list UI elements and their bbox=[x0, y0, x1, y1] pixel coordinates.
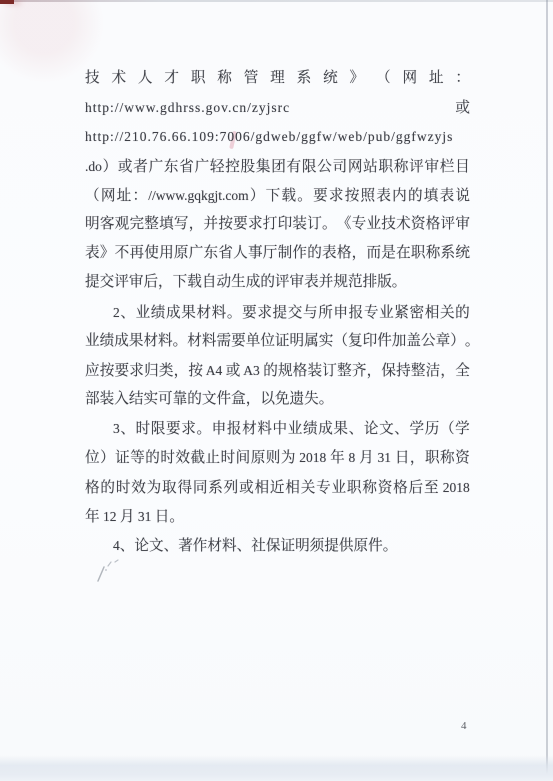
cjk-character: 密 bbox=[410, 299, 425, 328]
cjk-character: 求 bbox=[181, 415, 196, 444]
cjk-character: 称 bbox=[440, 444, 455, 473]
cjk-character: 以 bbox=[260, 385, 275, 414]
cjk-character: 址 bbox=[117, 182, 132, 211]
cjk-character: ， bbox=[189, 210, 204, 239]
cjk-character: 再 bbox=[129, 239, 144, 268]
scanned-document-page: 技术人才职称管理系统》（网址：http://www.gdhrss.gov.cn/… bbox=[0, 0, 553, 781]
latin-text-segment: 31 bbox=[134, 502, 154, 531]
cjk-character: 省 bbox=[179, 153, 194, 182]
cjk-character: 职 bbox=[347, 474, 362, 503]
cjk-character: 保 bbox=[381, 357, 396, 386]
scan-bottom-band bbox=[0, 755, 553, 781]
cjk-character: 关 bbox=[301, 474, 316, 503]
document-line: http://210.76.66.109:7006/gdweb/ggfw/web… bbox=[85, 122, 470, 151]
cjk-character: 。 bbox=[392, 268, 407, 297]
cjk-character: 下 bbox=[173, 268, 188, 297]
cjk-character: 广 bbox=[189, 239, 204, 268]
cjk-character: 报 bbox=[227, 415, 242, 444]
cjk-character: 。 bbox=[465, 327, 480, 356]
cjk-character: 章 bbox=[436, 327, 451, 356]
cjk-character: 范 bbox=[348, 268, 363, 297]
cjk-character: 成 bbox=[166, 299, 181, 328]
cjk-character: （ bbox=[376, 64, 391, 93]
cjk-character: 。 bbox=[319, 385, 334, 414]
cjk-character: 需 bbox=[216, 327, 231, 356]
cjk-character: 有 bbox=[287, 153, 302, 182]
cjk-character: 表 bbox=[440, 182, 455, 211]
document-line: 位）证等的时效截止时间原则为 2018 年 8 月 31 日，职称资 bbox=[85, 443, 470, 472]
cjk-character: 站 bbox=[363, 153, 378, 182]
document-line: 应按要求归类，按 A4 或 A3 的规格装订整齐，保持整洁，全 bbox=[85, 356, 470, 385]
cjk-character: 紧 bbox=[394, 299, 409, 328]
cjk-character: 按 bbox=[345, 182, 360, 211]
cjk-character: 事 bbox=[248, 239, 263, 268]
cjk-character: 的 bbox=[260, 268, 275, 297]
cjk-character: 月 bbox=[120, 503, 135, 532]
cjk-character: ， bbox=[174, 357, 189, 386]
cjk-character: 填 bbox=[159, 210, 174, 239]
cjk-character: 取 bbox=[162, 474, 177, 503]
cjk-character: 址 bbox=[429, 64, 444, 93]
cjk-character: 填 bbox=[424, 182, 439, 211]
cjk-character: 求 bbox=[248, 210, 263, 239]
cjk-character: 评 bbox=[409, 153, 424, 182]
cjk-character: 绩 bbox=[100, 327, 115, 356]
cjk-character: 保 bbox=[266, 532, 281, 561]
cjk-character: 件 bbox=[377, 327, 392, 356]
cjk-character: 并 bbox=[204, 210, 219, 239]
cjk-character: 后 bbox=[143, 268, 158, 297]
cjk-character: 料 bbox=[222, 532, 237, 561]
cjk-character: 评 bbox=[114, 268, 129, 297]
cjk-character: 审 bbox=[424, 153, 439, 182]
cjk-character: ） bbox=[103, 153, 118, 182]
cjk-character: 盖 bbox=[406, 327, 421, 356]
cjk-character: 职 bbox=[425, 444, 440, 473]
cjk-character: 所 bbox=[318, 299, 333, 328]
cjk-character: 资 bbox=[378, 474, 393, 503]
cjk-character: 证 bbox=[275, 327, 290, 356]
cjk-character: 提 bbox=[85, 268, 100, 297]
cjk-character: 文 bbox=[379, 415, 394, 444]
document-line: 2、业绩成果材料。要求提交与所申报专业紧密相关的 bbox=[85, 298, 470, 327]
cjk-character: 时 bbox=[136, 415, 151, 444]
cjk-character: 管 bbox=[244, 64, 259, 93]
cjk-character: 的 bbox=[263, 357, 278, 386]
cjk-character: 的 bbox=[100, 474, 115, 503]
cjk-character: 审 bbox=[129, 268, 144, 297]
latin-text-segment: 2018 bbox=[439, 473, 469, 502]
cjk-character: 公 bbox=[317, 153, 332, 182]
cjk-character: 装 bbox=[100, 385, 115, 414]
cjk-character: 求 bbox=[129, 357, 144, 386]
cjk-character: 。 bbox=[383, 532, 398, 561]
document-line: .do）或者广东省广轻控股集团有限公司网站职称评审栏目 bbox=[85, 152, 470, 181]
cjk-character: 或 bbox=[118, 153, 133, 182]
cjk-character: 司 bbox=[333, 153, 348, 182]
cjk-character: ） bbox=[250, 182, 265, 211]
latin-text-segment: //www.gqkgjt.com bbox=[148, 181, 248, 210]
cjk-character: 系 bbox=[441, 239, 456, 268]
cjk-character: 要 bbox=[231, 327, 246, 356]
cjk-character: 职 bbox=[411, 239, 426, 268]
cjk-character: 日 bbox=[395, 444, 410, 473]
cjk-character: 、 bbox=[394, 415, 409, 444]
cjk-character: ， bbox=[158, 268, 173, 297]
cjk-character: 要 bbox=[313, 182, 328, 211]
cjk-character: 用 bbox=[159, 239, 174, 268]
cjk-character: 年 bbox=[330, 444, 345, 473]
cjk-character: 订 bbox=[307, 210, 322, 239]
cjk-character: 专 bbox=[364, 299, 379, 328]
cjk-character: 时 bbox=[116, 474, 131, 503]
cjk-character: 果 bbox=[129, 327, 144, 356]
latin-text-segment: http://www.gdhrss.gov.cn/zyjsrc bbox=[85, 93, 294, 122]
cjk-character: 成 bbox=[246, 268, 261, 297]
document-line: 业绩成果材料。材料需要单位证明属实（复印件加盖公章）。 bbox=[85, 327, 470, 356]
cjk-character: 相 bbox=[254, 474, 269, 503]
document-line: 4、论文、著作材料、社保证明须提供原件。 bbox=[85, 531, 470, 560]
cjk-character: ， bbox=[367, 357, 382, 386]
cjk-character: 持 bbox=[396, 357, 411, 386]
cjk-character: 客 bbox=[100, 210, 115, 239]
latin-text-segment: 3 bbox=[113, 414, 120, 443]
cjk-character: 按 bbox=[218, 210, 233, 239]
cjk-character: 制 bbox=[278, 239, 293, 268]
scan-top-edge bbox=[0, 0, 553, 2]
cjk-character: 生 bbox=[231, 268, 246, 297]
cjk-character: 至 bbox=[424, 474, 439, 503]
cjk-character: 省 bbox=[218, 239, 233, 268]
cjk-character: ： bbox=[132, 182, 147, 211]
cjk-character: 得 bbox=[177, 474, 192, 503]
cjk-character: 须 bbox=[310, 532, 325, 561]
cjk-character: 盒 bbox=[231, 385, 246, 414]
cjk-character: 求 bbox=[329, 182, 344, 211]
cjk-character: 装 bbox=[308, 357, 323, 386]
cjk-character: 照 bbox=[361, 182, 376, 211]
cjk-character: ） bbox=[100, 444, 115, 473]
cjk-character: 动 bbox=[216, 268, 231, 297]
cjk-character: 相 bbox=[425, 299, 440, 328]
cjk-character: 件 bbox=[216, 385, 231, 414]
cjk-character: 印 bbox=[278, 210, 293, 239]
cjk-character: 目 bbox=[455, 153, 470, 182]
cjk-character: 止 bbox=[206, 444, 221, 473]
cjk-character: 广 bbox=[195, 153, 210, 182]
cjk-character: 近 bbox=[270, 474, 285, 503]
cjk-character: 后 bbox=[409, 474, 424, 503]
cjk-character: 审 bbox=[290, 268, 305, 297]
cjk-character: 的 bbox=[187, 385, 202, 414]
cjk-character: 为 bbox=[147, 474, 162, 503]
cjk-character: 。 bbox=[169, 503, 184, 532]
cjk-character: 入 bbox=[114, 385, 129, 414]
cjk-character: 专 bbox=[316, 474, 331, 503]
latin-text-segment: 8 bbox=[345, 443, 359, 472]
cjk-character: 系 bbox=[297, 64, 312, 93]
cjk-character: 果 bbox=[181, 299, 196, 328]
cjk-character: 文 bbox=[202, 385, 217, 414]
cjk-character: 文 bbox=[149, 532, 164, 561]
cjk-character: 果 bbox=[333, 415, 348, 444]
cjk-character: 者 bbox=[133, 153, 148, 182]
cjk-character: 作 bbox=[292, 239, 307, 268]
cjk-character: 业 bbox=[332, 474, 347, 503]
latin-text-segment: 2018 bbox=[296, 443, 330, 472]
cjk-character: 印 bbox=[363, 327, 378, 356]
cjk-character: 《 bbox=[337, 210, 352, 239]
cjk-character: 时 bbox=[221, 444, 236, 473]
cjk-character: 说 bbox=[455, 182, 470, 211]
document-line: http://www.gdhrss.gov.cn/zyjsrc 或 bbox=[85, 93, 470, 122]
cjk-character: 广 bbox=[149, 153, 164, 182]
cjk-character: 技 bbox=[85, 64, 100, 93]
latin-text-segment: .do bbox=[85, 152, 102, 181]
latin-text-segment: A3 bbox=[241, 356, 264, 385]
cjk-character: 提 bbox=[324, 532, 339, 561]
cjk-character: 统 bbox=[323, 64, 338, 93]
cjk-character: 限 bbox=[151, 415, 166, 444]
cjk-character: 的 bbox=[145, 444, 160, 473]
cjk-character: 规 bbox=[278, 357, 293, 386]
cjk-character: 材 bbox=[143, 327, 158, 356]
cjk-character: ， bbox=[410, 444, 425, 473]
cjk-character: 并 bbox=[319, 268, 334, 297]
cjk-character: 间 bbox=[236, 444, 251, 473]
cjk-character: 证 bbox=[115, 444, 130, 473]
cjk-character: 料 bbox=[158, 327, 173, 356]
cjk-character: 表 bbox=[322, 239, 337, 268]
cjk-character: 的 bbox=[408, 182, 423, 211]
cjk-character: 类 bbox=[159, 357, 174, 386]
cjk-character: 洁 bbox=[426, 357, 441, 386]
cjk-character: 效 bbox=[175, 444, 190, 473]
cjk-character: 相 bbox=[285, 474, 300, 503]
cjk-character: 。 bbox=[322, 210, 337, 239]
cjk-character: 与 bbox=[303, 299, 318, 328]
cjk-character: 载 bbox=[187, 268, 202, 297]
cjk-character: 申 bbox=[333, 299, 348, 328]
cjk-character: 自 bbox=[202, 268, 217, 297]
cjk-character: ， bbox=[352, 239, 367, 268]
cjk-character: 是 bbox=[381, 239, 396, 268]
cjk-character: 全 bbox=[455, 357, 470, 386]
latin-text-segment: http://210.76.66.109:7006/gdweb/ggfw/web… bbox=[85, 122, 453, 151]
cjk-character: 股 bbox=[241, 153, 256, 182]
cjk-character: 同 bbox=[193, 474, 208, 503]
cjk-character: 则 bbox=[266, 444, 281, 473]
cjk-character: 社 bbox=[251, 532, 266, 561]
cjk-character: 格 bbox=[293, 357, 308, 386]
cjk-character: 要 bbox=[233, 210, 248, 239]
cjk-character: 年 bbox=[85, 503, 100, 532]
cjk-character: 归 bbox=[144, 357, 159, 386]
cjk-character: 。 bbox=[196, 415, 211, 444]
cjk-character: 称 bbox=[217, 64, 232, 93]
document-line: 3、时限要求。申报材料中业绩成果、论文、学历（学 bbox=[85, 414, 470, 443]
cjk-character: 业 bbox=[366, 210, 381, 239]
cjk-character: 件 bbox=[368, 532, 383, 561]
cjk-character: 提 bbox=[273, 299, 288, 328]
cjk-character: 日 bbox=[155, 503, 170, 532]
cjk-character: 技 bbox=[381, 210, 396, 239]
cjk-character: 网 bbox=[101, 182, 116, 211]
cjk-character: 齐 bbox=[352, 357, 367, 386]
cjk-character: 、 bbox=[120, 415, 135, 444]
document-line: （网址：//www.gqkgjt.com）下载。要求按照表内的填表说 bbox=[85, 181, 470, 210]
cjk-character: 交 bbox=[100, 268, 115, 297]
cjk-character: 料 bbox=[202, 327, 217, 356]
cjk-character: 网 bbox=[348, 153, 363, 182]
cjk-character: 观 bbox=[115, 210, 130, 239]
cjk-character: 求 bbox=[257, 299, 272, 328]
pencil-squiggle-icon bbox=[92, 554, 132, 584]
cjk-character: 网 bbox=[402, 64, 417, 93]
cjk-character: 人 bbox=[233, 239, 248, 268]
cjk-character: 系 bbox=[208, 474, 223, 503]
cjk-character: 料 bbox=[257, 415, 272, 444]
cjk-character: 著 bbox=[178, 532, 193, 561]
cjk-character: 装 bbox=[292, 210, 307, 239]
document-line: 提交评审后，下载自动生成的评审表并规范排版。 bbox=[85, 268, 470, 297]
cjk-character: 料 bbox=[212, 299, 227, 328]
cjk-character: 术 bbox=[396, 210, 411, 239]
cjk-character: 学 bbox=[455, 415, 470, 444]
cjk-character: 或 bbox=[239, 474, 254, 503]
cjk-character: 实 bbox=[143, 385, 158, 414]
cjk-character: 内 bbox=[392, 182, 407, 211]
cjk-character: 原 bbox=[251, 444, 266, 473]
cjk-character: 原 bbox=[174, 239, 189, 268]
cjk-character: 或 bbox=[226, 357, 241, 386]
cjk-character: ） bbox=[450, 327, 465, 356]
cjk-character: 位 bbox=[260, 327, 275, 356]
cjk-character: 》 bbox=[350, 64, 365, 93]
cjk-character: 申 bbox=[212, 415, 227, 444]
cjk-character: 材 bbox=[207, 532, 222, 561]
cjk-character: 明 bbox=[85, 210, 100, 239]
cjk-character: 格 bbox=[337, 239, 352, 268]
cjk-character: 失 bbox=[304, 385, 319, 414]
cjk-character: ： bbox=[455, 64, 470, 93]
cjk-character: 在 bbox=[396, 239, 411, 268]
cjk-character: 可 bbox=[158, 385, 173, 414]
cjk-character: 实 bbox=[319, 327, 334, 356]
cjk-character: 论 bbox=[134, 532, 149, 561]
scan-corner-mark bbox=[0, 0, 14, 4]
cjk-character: 截 bbox=[190, 444, 205, 473]
latin-text-segment: A4 bbox=[203, 356, 226, 385]
cjk-character: 成 bbox=[318, 415, 333, 444]
cjk-character: 格 bbox=[393, 474, 408, 503]
cjk-character: 等 bbox=[130, 444, 145, 473]
cjk-character: 原 bbox=[354, 532, 369, 561]
cjk-character: 表 bbox=[376, 182, 391, 211]
cjk-character: 职 bbox=[379, 153, 394, 182]
document-line: 表》不再使用原广东省人事厅制作的表格，而是在职称系统 bbox=[85, 239, 470, 268]
cjk-character: 应 bbox=[85, 357, 100, 386]
cjk-character: 结 bbox=[129, 385, 144, 414]
cjk-character: 效 bbox=[131, 474, 146, 503]
cjk-character: 报 bbox=[349, 299, 364, 328]
cjk-character: （ bbox=[333, 327, 348, 356]
cjk-character: 团 bbox=[271, 153, 286, 182]
cjk-character: 关 bbox=[440, 299, 455, 328]
cjk-character: 栏 bbox=[440, 153, 455, 182]
cjk-character: 格 bbox=[426, 210, 441, 239]
cjk-character: 靠 bbox=[173, 385, 188, 414]
cjk-character: 中 bbox=[273, 415, 288, 444]
cjk-character: 免 bbox=[275, 385, 290, 414]
cjk-character: （ bbox=[440, 415, 455, 444]
cjk-character: 东 bbox=[164, 153, 179, 182]
cjk-character: 。 bbox=[297, 182, 312, 211]
cjk-character: ， bbox=[440, 357, 455, 386]
cjk-character: 评 bbox=[441, 210, 456, 239]
cjk-character: 资 bbox=[411, 210, 426, 239]
cjk-character: 按 bbox=[188, 357, 203, 386]
cjk-character: 材 bbox=[196, 299, 211, 328]
cjk-character: 供 bbox=[339, 532, 354, 561]
document-line: 部装入结实可靠的文件盒，以免遗失。 bbox=[85, 385, 470, 414]
cjk-character: 论 bbox=[364, 415, 379, 444]
cjk-character: 不 bbox=[115, 239, 130, 268]
cjk-character: 部 bbox=[85, 385, 100, 414]
cjk-character: 集 bbox=[256, 153, 271, 182]
cjk-character: 要 bbox=[166, 415, 181, 444]
cjk-character: 公 bbox=[421, 327, 436, 356]
cjk-character: 载 bbox=[281, 182, 296, 211]
page-number: 4 bbox=[461, 719, 467, 733]
cjk-character: 写 bbox=[174, 210, 189, 239]
cjk-character: 交 bbox=[288, 299, 303, 328]
cjk-character: 称 bbox=[362, 474, 377, 503]
cjk-character: 要 bbox=[242, 299, 257, 328]
cjk-character: 作 bbox=[193, 532, 208, 561]
cjk-character: （ bbox=[85, 182, 100, 211]
cjk-character: 排 bbox=[363, 268, 378, 297]
cjk-character: 单 bbox=[246, 327, 261, 356]
document-line: 格的时效为取得同系列或相近相关专业职称资格后至 2018 bbox=[85, 473, 470, 502]
cjk-character: 人 bbox=[138, 64, 153, 93]
cjk-character: 的 bbox=[455, 299, 470, 328]
document-line: 明客观完整填写，并按要求打印装订。《专业技术资格评审 bbox=[85, 210, 470, 239]
cjk-character: 版 bbox=[377, 268, 392, 297]
cjk-character: 业 bbox=[136, 299, 151, 328]
cjk-character: 属 bbox=[304, 327, 319, 356]
cjk-character: 。 bbox=[227, 299, 242, 328]
document-line: 年 12 月 31 日。 bbox=[85, 502, 470, 531]
cjk-character: 完 bbox=[129, 210, 144, 239]
cjk-character: 明 bbox=[295, 532, 310, 561]
document-text: 技术人才职称管理系统》（网址：http://www.gdhrss.gov.cn/… bbox=[85, 64, 470, 560]
cjk-character: 时 bbox=[160, 444, 175, 473]
cjk-character: 成 bbox=[114, 327, 129, 356]
cjk-character: 位 bbox=[85, 444, 100, 473]
cjk-character: 称 bbox=[426, 239, 441, 268]
cjk-character: 列 bbox=[224, 474, 239, 503]
cjk-character: 绩 bbox=[151, 299, 166, 328]
cjk-character: 的 bbox=[307, 239, 322, 268]
cjk-character: 、 bbox=[237, 532, 252, 561]
cjk-character: 而 bbox=[366, 239, 381, 268]
cjk-character: 业 bbox=[379, 299, 394, 328]
cjk-character: 打 bbox=[263, 210, 278, 239]
cjk-character: 整 bbox=[411, 357, 426, 386]
cjk-character: 厅 bbox=[263, 239, 278, 268]
cjk-character: 加 bbox=[392, 327, 407, 356]
